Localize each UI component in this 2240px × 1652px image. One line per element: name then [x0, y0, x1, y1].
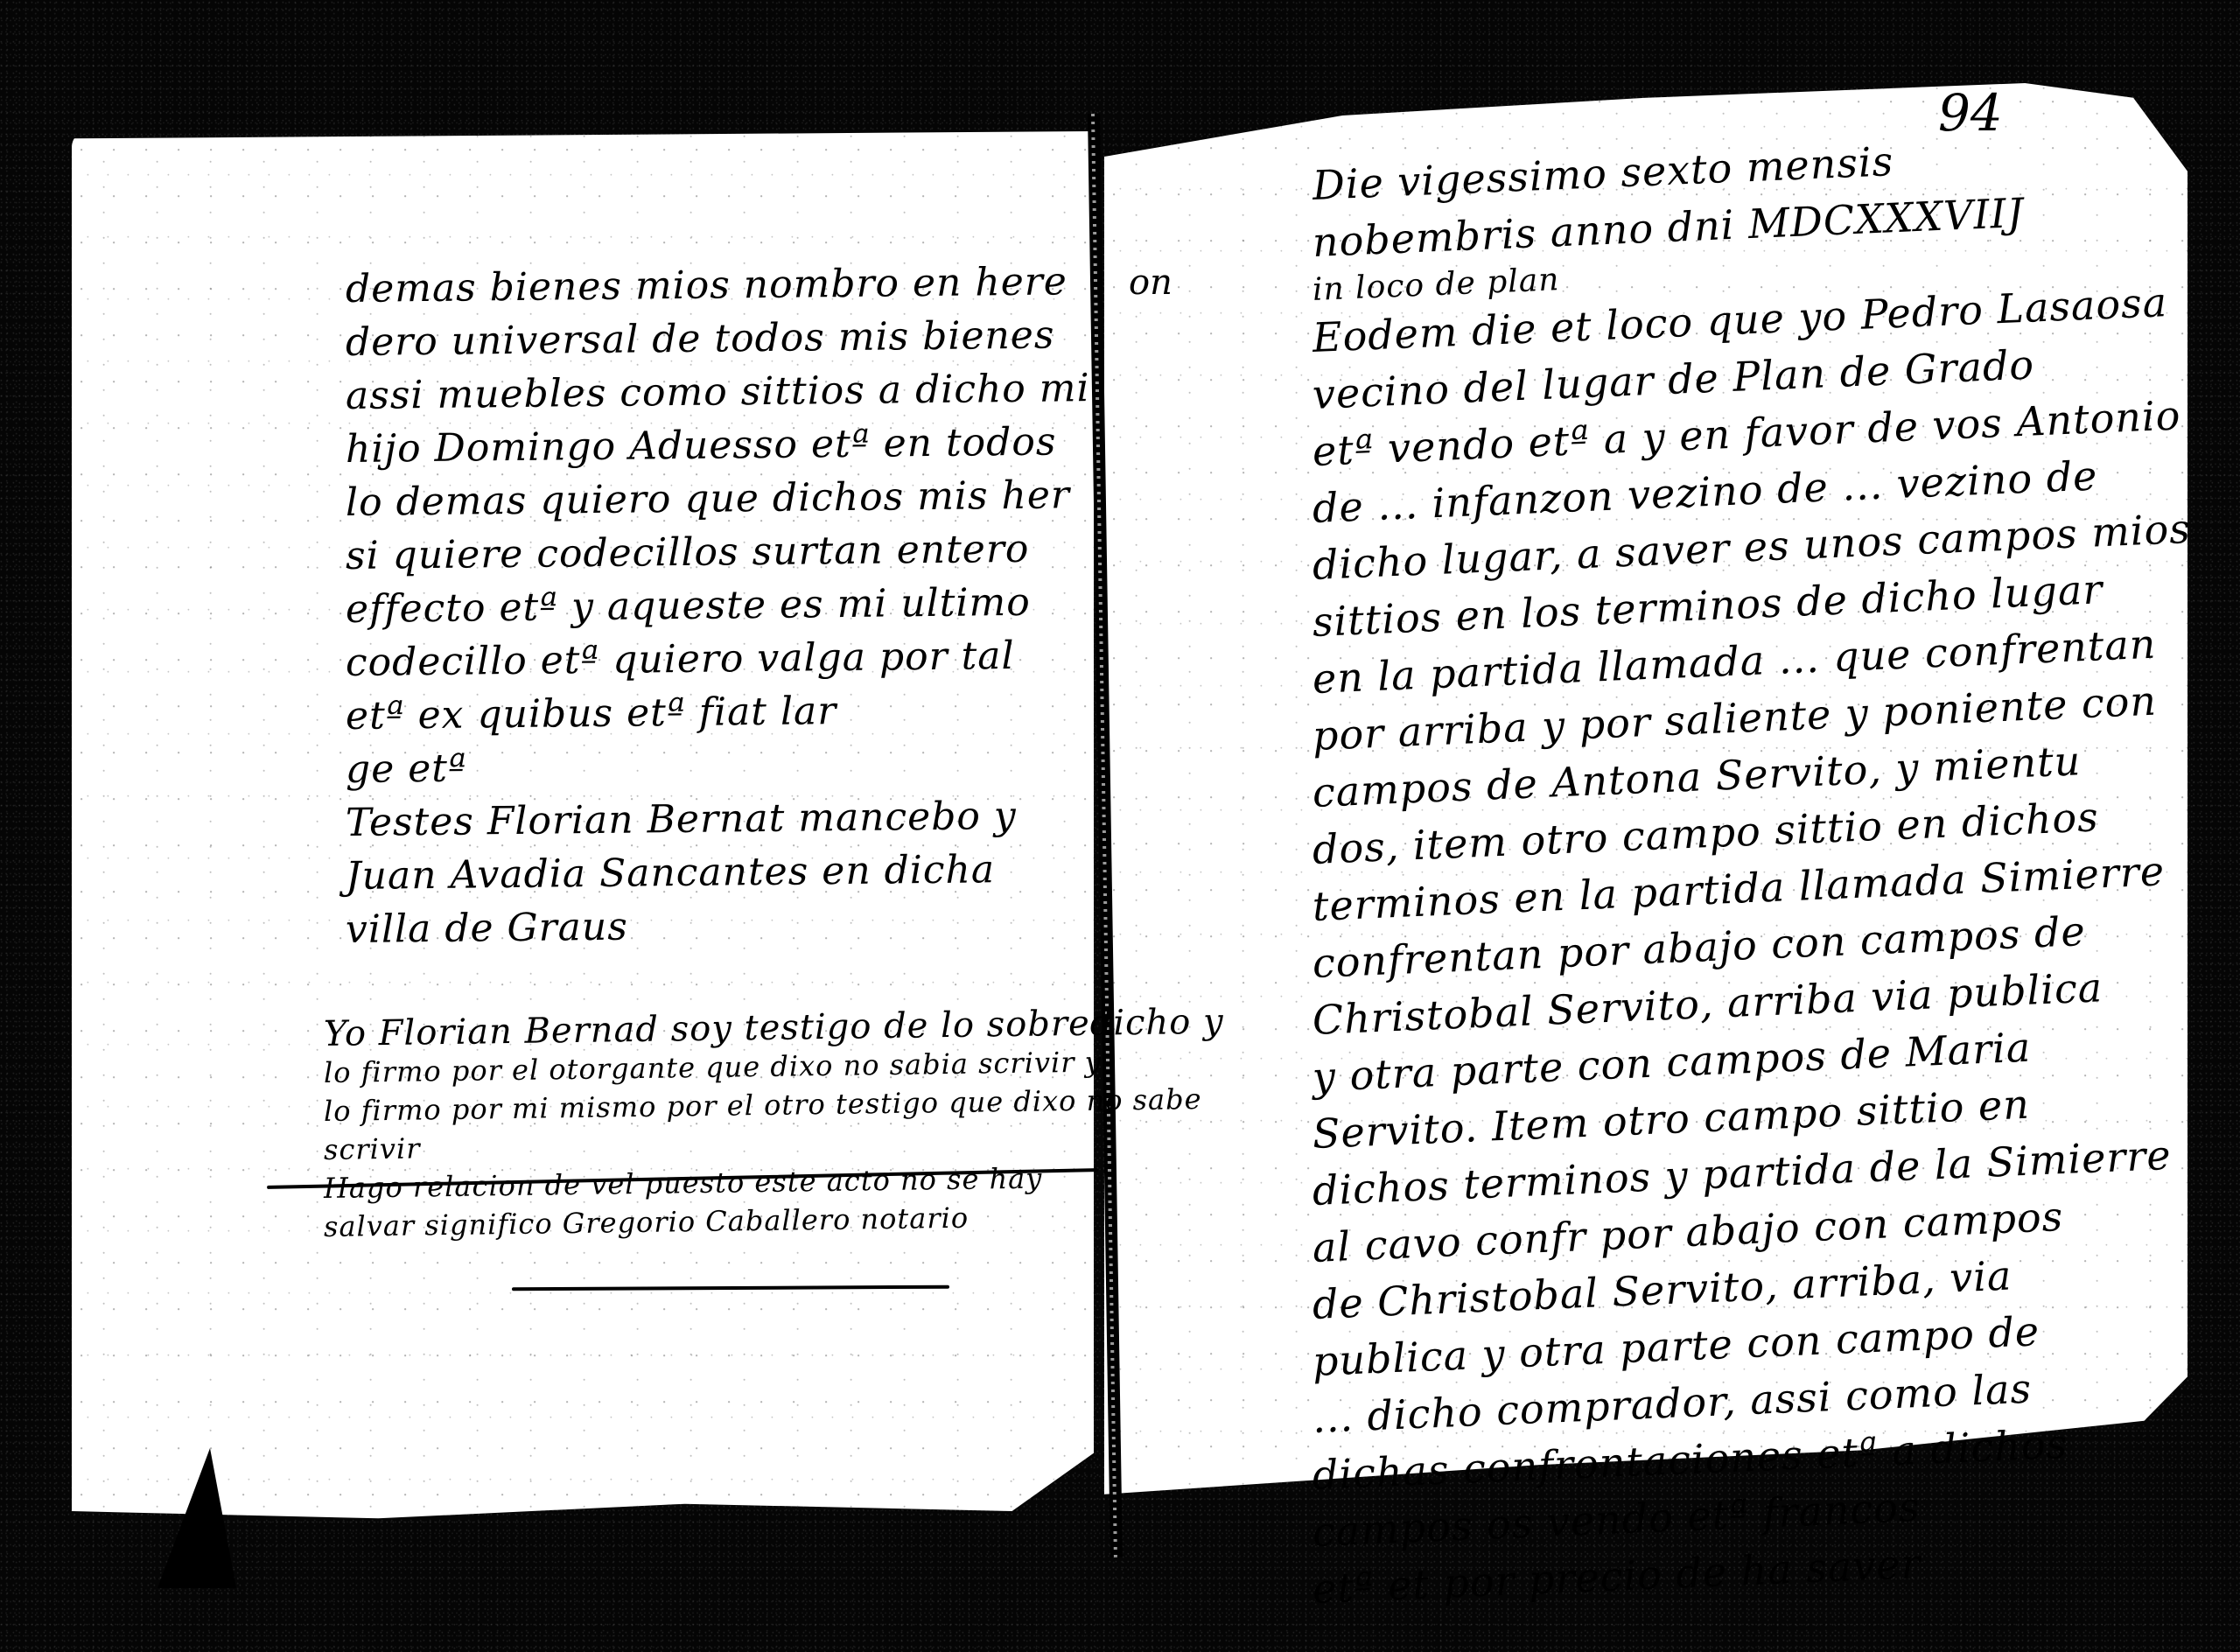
left-page-line-continuation: on: [1129, 262, 1172, 303]
handwritten-line: assi muebles como sittios a dicho mi: [346, 361, 1090, 423]
left-page-attestation: Yo Florian Bernad soy testigo de lo sobr…: [324, 1015, 1224, 1246]
binding-clip-shadow: [157, 1448, 236, 1588]
right-page-body-text: Die vigessimo sexto mensis nobembris ann…: [1312, 157, 2192, 1618]
handwritten-line: codecillo etª quiero valga por tal: [346, 628, 1090, 689]
handwritten-line: dero universal de todos mis bienes: [346, 308, 1090, 369]
handwritten-line: demas bienes mios nombro en here: [346, 255, 1090, 316]
witness-line: Juan Avadia Sancantes en dicha: [346, 842, 1090, 903]
handwritten-line: lo demas quiero que dichos mis her: [346, 468, 1090, 529]
handwritten-line: etª ex quibus etª fiat lar: [346, 682, 1090, 743]
handwritten-line: ge etª: [346, 735, 1090, 796]
handwritten-line: hijo Domingo Aduesso etª en todos: [346, 415, 1090, 476]
witness-line: villa de Graus: [346, 895, 1090, 956]
handwritten-line: si quiere codecillos surtan entero: [346, 521, 1090, 583]
handwritten-line: effecto etª y aqueste es mi ultimo: [346, 575, 1090, 636]
witness-line: Testes Florian Bernat mancebo y: [346, 788, 1090, 850]
left-page-body-text: demas bienes mios nombro en here dero un…: [346, 262, 1090, 956]
